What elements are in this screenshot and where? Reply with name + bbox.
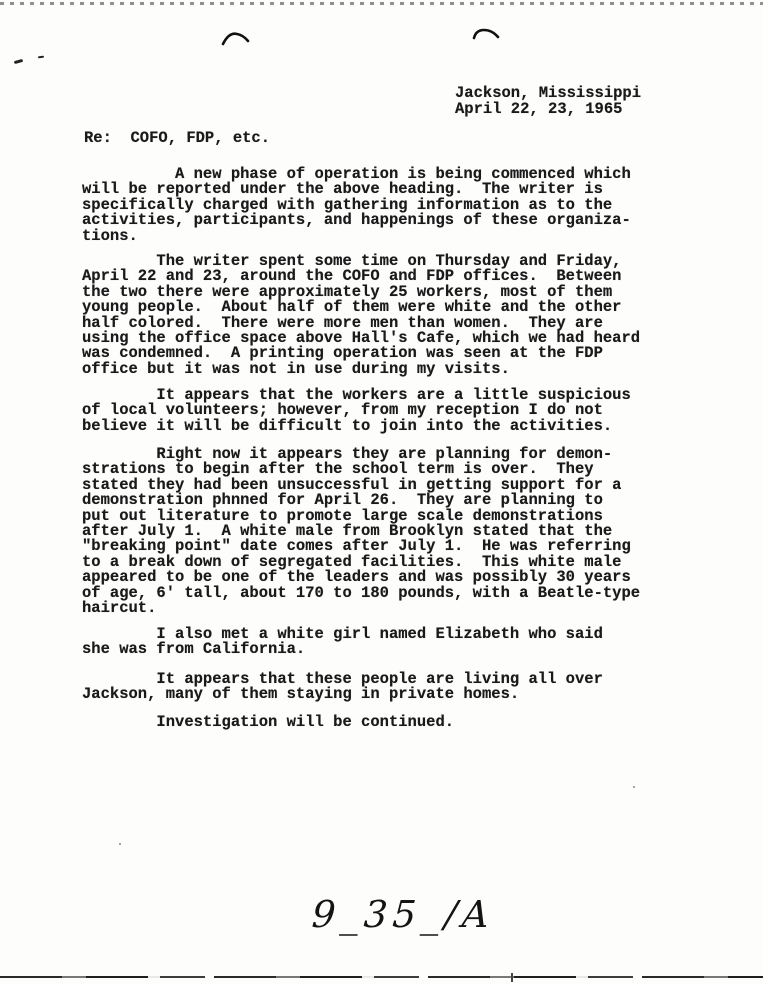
paragraph-1: A new phase of operation is being commen…	[82, 167, 631, 244]
paragraph-2: The writer spent some time on Thursday a…	[82, 254, 640, 377]
paragraph-7: Investigation will be continued.	[82, 715, 454, 730]
bottom-tick-mark	[511, 973, 513, 982]
scan-speck	[119, 843, 121, 845]
scanned-document-page: Jackson, Mississippi April 22, 23, 1965 …	[0, 0, 763, 984]
paragraph-3: It appears that the workers are a little…	[82, 388, 631, 434]
paragraph-6: It appears that these people are living …	[82, 672, 603, 703]
stray-ink-mark	[14, 59, 23, 64]
perforation-dots-top	[0, 2, 763, 5]
dateline: Jackson, Mississippi April 22, 23, 1965	[455, 85, 641, 117]
paragraph-4: Right now it appears they are planning f…	[82, 447, 640, 616]
staple-arc-mark-left	[221, 31, 251, 47]
paragraph-5: I also met a white girl named Elizabeth …	[82, 627, 603, 658]
subject-line: Re: COFO, FDP, etc.	[84, 131, 270, 146]
scan-speck	[633, 786, 635, 788]
scan-edge-line-bottom	[0, 976, 763, 978]
staple-arc-mark-right	[472, 28, 502, 44]
handwritten-page-number: 9_35_/A	[310, 893, 495, 936]
stray-ink-mark	[38, 56, 44, 59]
